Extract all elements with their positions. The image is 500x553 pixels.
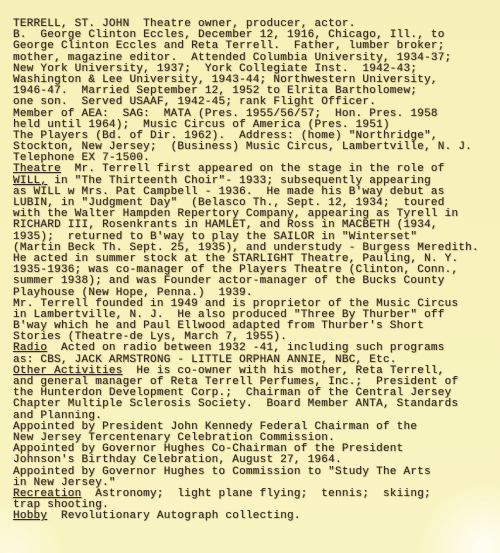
text-line: Hobby Revolutionary Autograph collecting… [13, 511, 492, 522]
section-label: Other Activities [13, 365, 123, 377]
text-segment: Astronomy; light plane flying; tennis; s… [82, 488, 431, 500]
document-text: TERRELL, ST. JOHN Theatre owner, produce… [13, 19, 492, 522]
text-segment: as WILL w Mrs. Pat Campbell - 1936. He m… [13, 186, 445, 198]
text-segment: Chapter Multiple Sclerosis Society. Boar… [13, 398, 458, 410]
text-segment: mother, magazine editor. Attended Columb… [13, 52, 451, 64]
text-segment: Appointed by President John Kennedy Fede… [13, 421, 417, 433]
text-segment: New York University, 1937; York Collegia… [13, 63, 417, 75]
section-label: Radio [13, 342, 47, 354]
text-segment: Mr. Terrell founded in 1949 and is propr… [13, 298, 458, 310]
text-segment: Appointed by Governor Hughes to Commissi… [13, 466, 431, 478]
text-segment: Revolutionary Autograph collecting. [47, 510, 301, 522]
text-segment: held until 1964); Music Circus of Americ… [13, 119, 390, 131]
text-segment: and Planning. [13, 410, 102, 422]
section-label: Hobby [13, 510, 47, 522]
text-segment: in "The Thirteenth Choir"- 1933; subsequ… [47, 175, 431, 187]
text-segment: He is co-owner with his mother, Reta Ter… [123, 365, 445, 377]
section-label: Theatre [13, 163, 61, 175]
text-segment: Acted on radio between 1932 -41, includi… [47, 342, 444, 354]
text-segment: Playhouse (New Hope, Penna.) 1939. [13, 287, 253, 299]
typewritten-page: TERRELL, ST. JOHN Theatre owner, produce… [0, 0, 500, 553]
text-segment: 1935); returned to B'way to play the SAI… [13, 231, 417, 243]
text-segment: (Martin Beck Th. Sept. 25, 1935), and un… [13, 242, 479, 254]
text-segment: summer 1938); and was Founder actor-mana… [13, 275, 445, 287]
text-segment: Mr. Terrell first appeared on the stage … [61, 163, 445, 175]
text-segment: Johnson's Birthday Celebration, August 2… [13, 454, 342, 466]
text-segment: RICHARD III, Rosenkrants in HAMLET, and … [13, 219, 438, 231]
text-segment: one son. Served USAAF, 1942-45; rank Fli… [13, 96, 376, 108]
text-segment: in New Jersey." [13, 477, 116, 489]
text-segment: Member of AEA: SAG: MATA (Pres. 1955/56/… [13, 108, 438, 120]
text-segment: as: CBS, JACK ARMSTRONG - LITTLE ORPHAN … [13, 354, 397, 366]
text-segment: George Clinton Eccles and Reta Terrell. … [13, 40, 445, 52]
section-label: WILL, [13, 175, 47, 187]
